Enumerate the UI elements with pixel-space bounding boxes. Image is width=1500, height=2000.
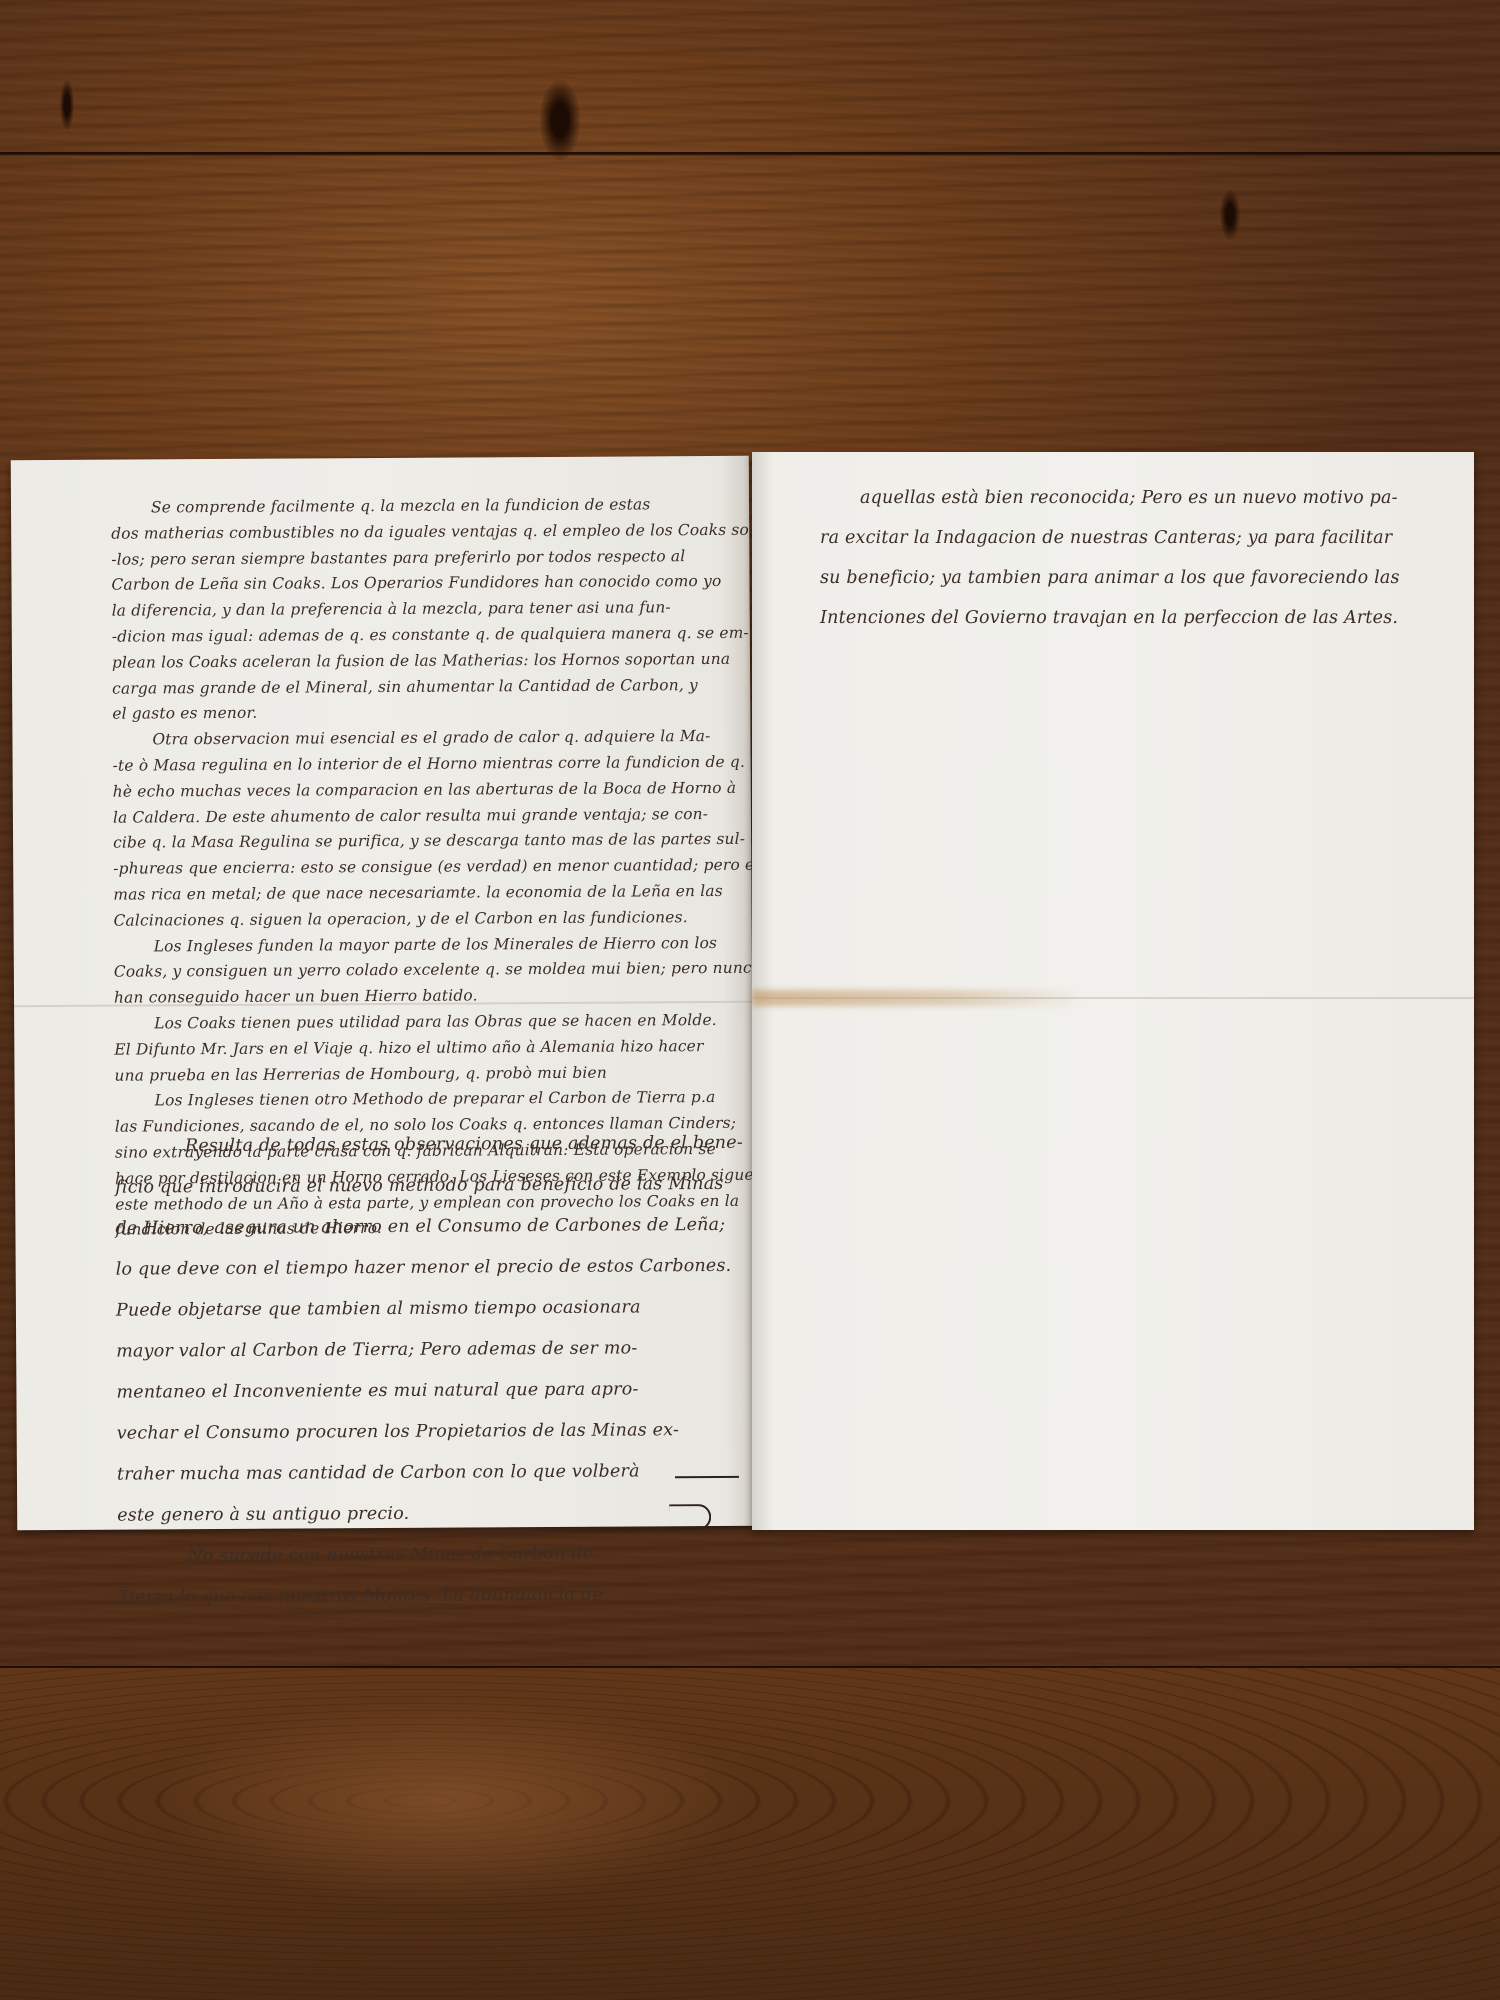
table-plank [0, 1668, 1500, 2000]
text-line: este genero à su antiguo precio. [117, 1492, 745, 1537]
text-line: han conseguido hacer un buen Hierro bati… [114, 982, 763, 1012]
text-line: vechar el Consumo procuren los Propietar… [117, 1410, 745, 1455]
text-line: mayor valor al Carbon de Tierra; Pero ad… [116, 1328, 744, 1373]
text-line: Los Ingleses tienen otro Methodo de prep… [115, 1085, 764, 1115]
table-plank-seam [0, 152, 1500, 156]
text-line: -los; pero seran siempre bastantes para … [111, 543, 760, 573]
text-line: No sucede con nuestras Minas de Carbon d… [117, 1533, 745, 1578]
text-line: Se comprende facilmente q. la mezcla en … [111, 492, 760, 522]
text-line: una prueba en las Herrerias de Hombourg,… [114, 1059, 763, 1089]
text-line: hè echo muchas veces la comparacion en l… [113, 775, 762, 805]
text-line: El Difunto Mr. Jars en el Viaje q. hizo … [114, 1033, 763, 1063]
manuscript-bifolium: Se comprende facilmente q. la mezcla en … [14, 458, 1480, 1528]
text-line: plean los Coaks aceleran la fusion de la… [112, 646, 761, 676]
text-line: Intenciones del Govierno travajan en la … [820, 598, 1400, 638]
wood-knot [540, 80, 580, 160]
text-line: -phureas que encierra: esto se consigue … [113, 853, 762, 883]
text-line: la Caldera. De este ahumento de calor re… [113, 801, 762, 831]
right-page: aquellas està bien reconocida; Pero es u… [752, 452, 1474, 1530]
text-line: Puede objetarse que tambien al mismo tie… [116, 1287, 744, 1332]
text-line: de Hierro, asegura un ahorro en el Consu… [115, 1205, 743, 1250]
text-line: -dicion mas igual: ademas de q. es const… [112, 621, 761, 651]
catchword-flourish [669, 1504, 711, 1530]
left-page: Se comprende facilmente q. la mezcla en … [11, 456, 756, 1530]
text-line: ficio que introducirà el nuevo methodo p… [115, 1164, 743, 1209]
wood-knot [60, 80, 74, 130]
text-line: dos matherias combustibles no da iguales… [111, 517, 760, 547]
left-page-lower-text: Resulta de todas estas observaciones que… [115, 1123, 746, 1619]
text-line: Carbon de Leña sin Coaks. Los Operarios … [111, 569, 760, 599]
text-line: Tierra lo que con nuestros Montes. La ab… [118, 1574, 746, 1619]
text-line: carga mas grande de el Mineral, sin ahum… [112, 672, 761, 702]
text-line: aquellas està bien reconocida; Pero es u… [820, 478, 1400, 518]
text-line: lo que deve con el tiempo hazer menor el… [116, 1246, 744, 1291]
text-line: Otra observacion mui esencial es el grad… [112, 724, 761, 754]
text-line: traher mucha mas cantidad de Carbon con … [117, 1451, 745, 1496]
text-line: -te ò Masa regulina en lo interior de el… [113, 750, 762, 780]
horizontal-fold [752, 997, 1474, 999]
text-line: mentaneo el Inconveniente es mui natural… [116, 1369, 744, 1414]
text-line: su beneficio; ya tambien para animar a l… [820, 558, 1400, 598]
text-line: Calcinaciones q. siguen la operacion, y … [113, 904, 762, 934]
text-line: cibe q. la Masa Regulina se purifica, y … [113, 827, 762, 857]
wood-knot [1220, 190, 1240, 240]
text-line: el gasto es menor. [112, 698, 761, 728]
text-line: ra excitar la Indagacion de nuestras Can… [820, 518, 1400, 558]
text-line: la diferencia, y dan la preferencia à la… [112, 595, 761, 625]
right-page-text: aquellas està bien reconocida; Pero es u… [820, 478, 1400, 638]
text-line: Coaks, y consiguen un yerro colado excel… [114, 956, 763, 986]
line-filler-flourish [675, 1476, 739, 1482]
text-line: Los Ingleses funden la mayor parte de lo… [114, 930, 763, 960]
text-line: mas rica en metal; de que nace necesaria… [113, 879, 762, 909]
text-line: Resulta de todas estas observaciones que… [115, 1123, 743, 1168]
text-line: Los Coaks tienen pues utilidad para las … [114, 1008, 763, 1038]
